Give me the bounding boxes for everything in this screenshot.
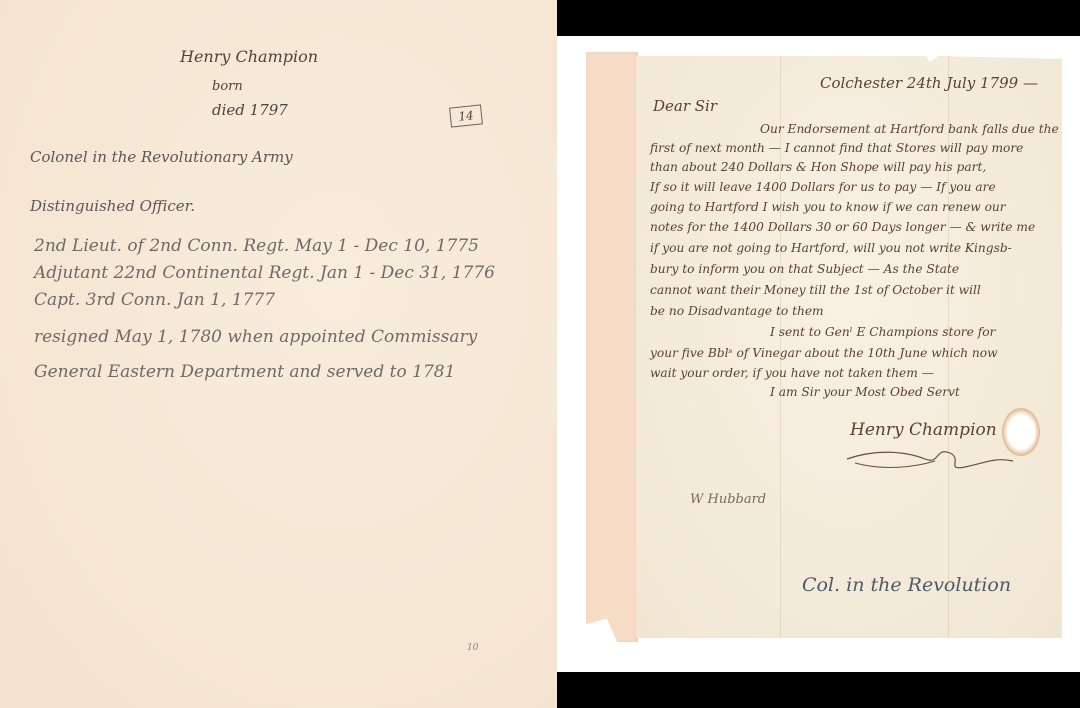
addressee-note: W Hubbard bbox=[690, 492, 766, 507]
letter-line: wait your order, if you have not taken t… bbox=[650, 366, 934, 380]
signature: Henry Champion bbox=[850, 420, 997, 440]
letter-line: cannot want their Money till the 1st of … bbox=[650, 283, 981, 297]
service-line: resigned May 1, 1780 when appointed Comm… bbox=[34, 327, 477, 347]
born-label: born bbox=[212, 79, 243, 94]
letter-line: Our Endorsement at Hartford bank falls d… bbox=[760, 122, 1059, 136]
rank-line: Colonel in the Revolutionary Army bbox=[30, 148, 293, 166]
letter-closing: I am Sir your Most Obed Servt bbox=[770, 385, 960, 399]
letter-line: going to Hartford I wish you to know if … bbox=[650, 200, 1006, 214]
letter-line: I sent to Genˡ E Champions store for bbox=[770, 325, 995, 339]
service-line: 2nd Lieut. of 2nd Conn. Regt. May 1 - De… bbox=[34, 236, 479, 256]
pencil-annotation: Col. in the Revolution bbox=[802, 574, 1011, 596]
letter-line: if you are not going to Hartford, will y… bbox=[650, 241, 1012, 255]
service-line: General Eastern Department and served to… bbox=[34, 362, 455, 382]
letter-line: bury to inform you on that Subject — As … bbox=[650, 262, 959, 276]
distinction-line: Distinguished Officer. bbox=[30, 197, 195, 215]
letter-line: notes for the 1400 Dollars 30 or 60 Days… bbox=[650, 220, 1035, 234]
letter-line: than about 240 Dollars & Hon Shope will … bbox=[650, 160, 986, 174]
died-label: died 1797 bbox=[212, 101, 288, 119]
card-title: Henry Champion bbox=[180, 47, 318, 66]
box-number: 14 bbox=[449, 104, 483, 127]
signature-flourish bbox=[845, 445, 1015, 475]
paper-damage bbox=[1002, 408, 1040, 456]
letter-salutation: Dear Sir bbox=[653, 97, 717, 115]
letter-line: first of next month — I cannot find that… bbox=[650, 141, 1023, 155]
letter-line: be no Disadvantage to them bbox=[650, 304, 824, 318]
letter-flap bbox=[586, 52, 638, 642]
letter-date: Colchester 24th July 1799 — bbox=[820, 74, 1038, 92]
letter-line: If so it will leave 1400 Dollars for us … bbox=[650, 180, 996, 194]
service-line: Adjutant 22nd Continental Regt. Jan 1 - … bbox=[34, 263, 495, 283]
biography-card: Henry Champion born died 1797 14 Colonel… bbox=[0, 0, 557, 708]
letter-line: your five Bblˢ of Vinegar about the 10th… bbox=[650, 346, 998, 360]
page-number: 10 bbox=[467, 643, 478, 653]
service-line: Capt. 3rd Conn. Jan 1, 1777 bbox=[34, 290, 275, 310]
